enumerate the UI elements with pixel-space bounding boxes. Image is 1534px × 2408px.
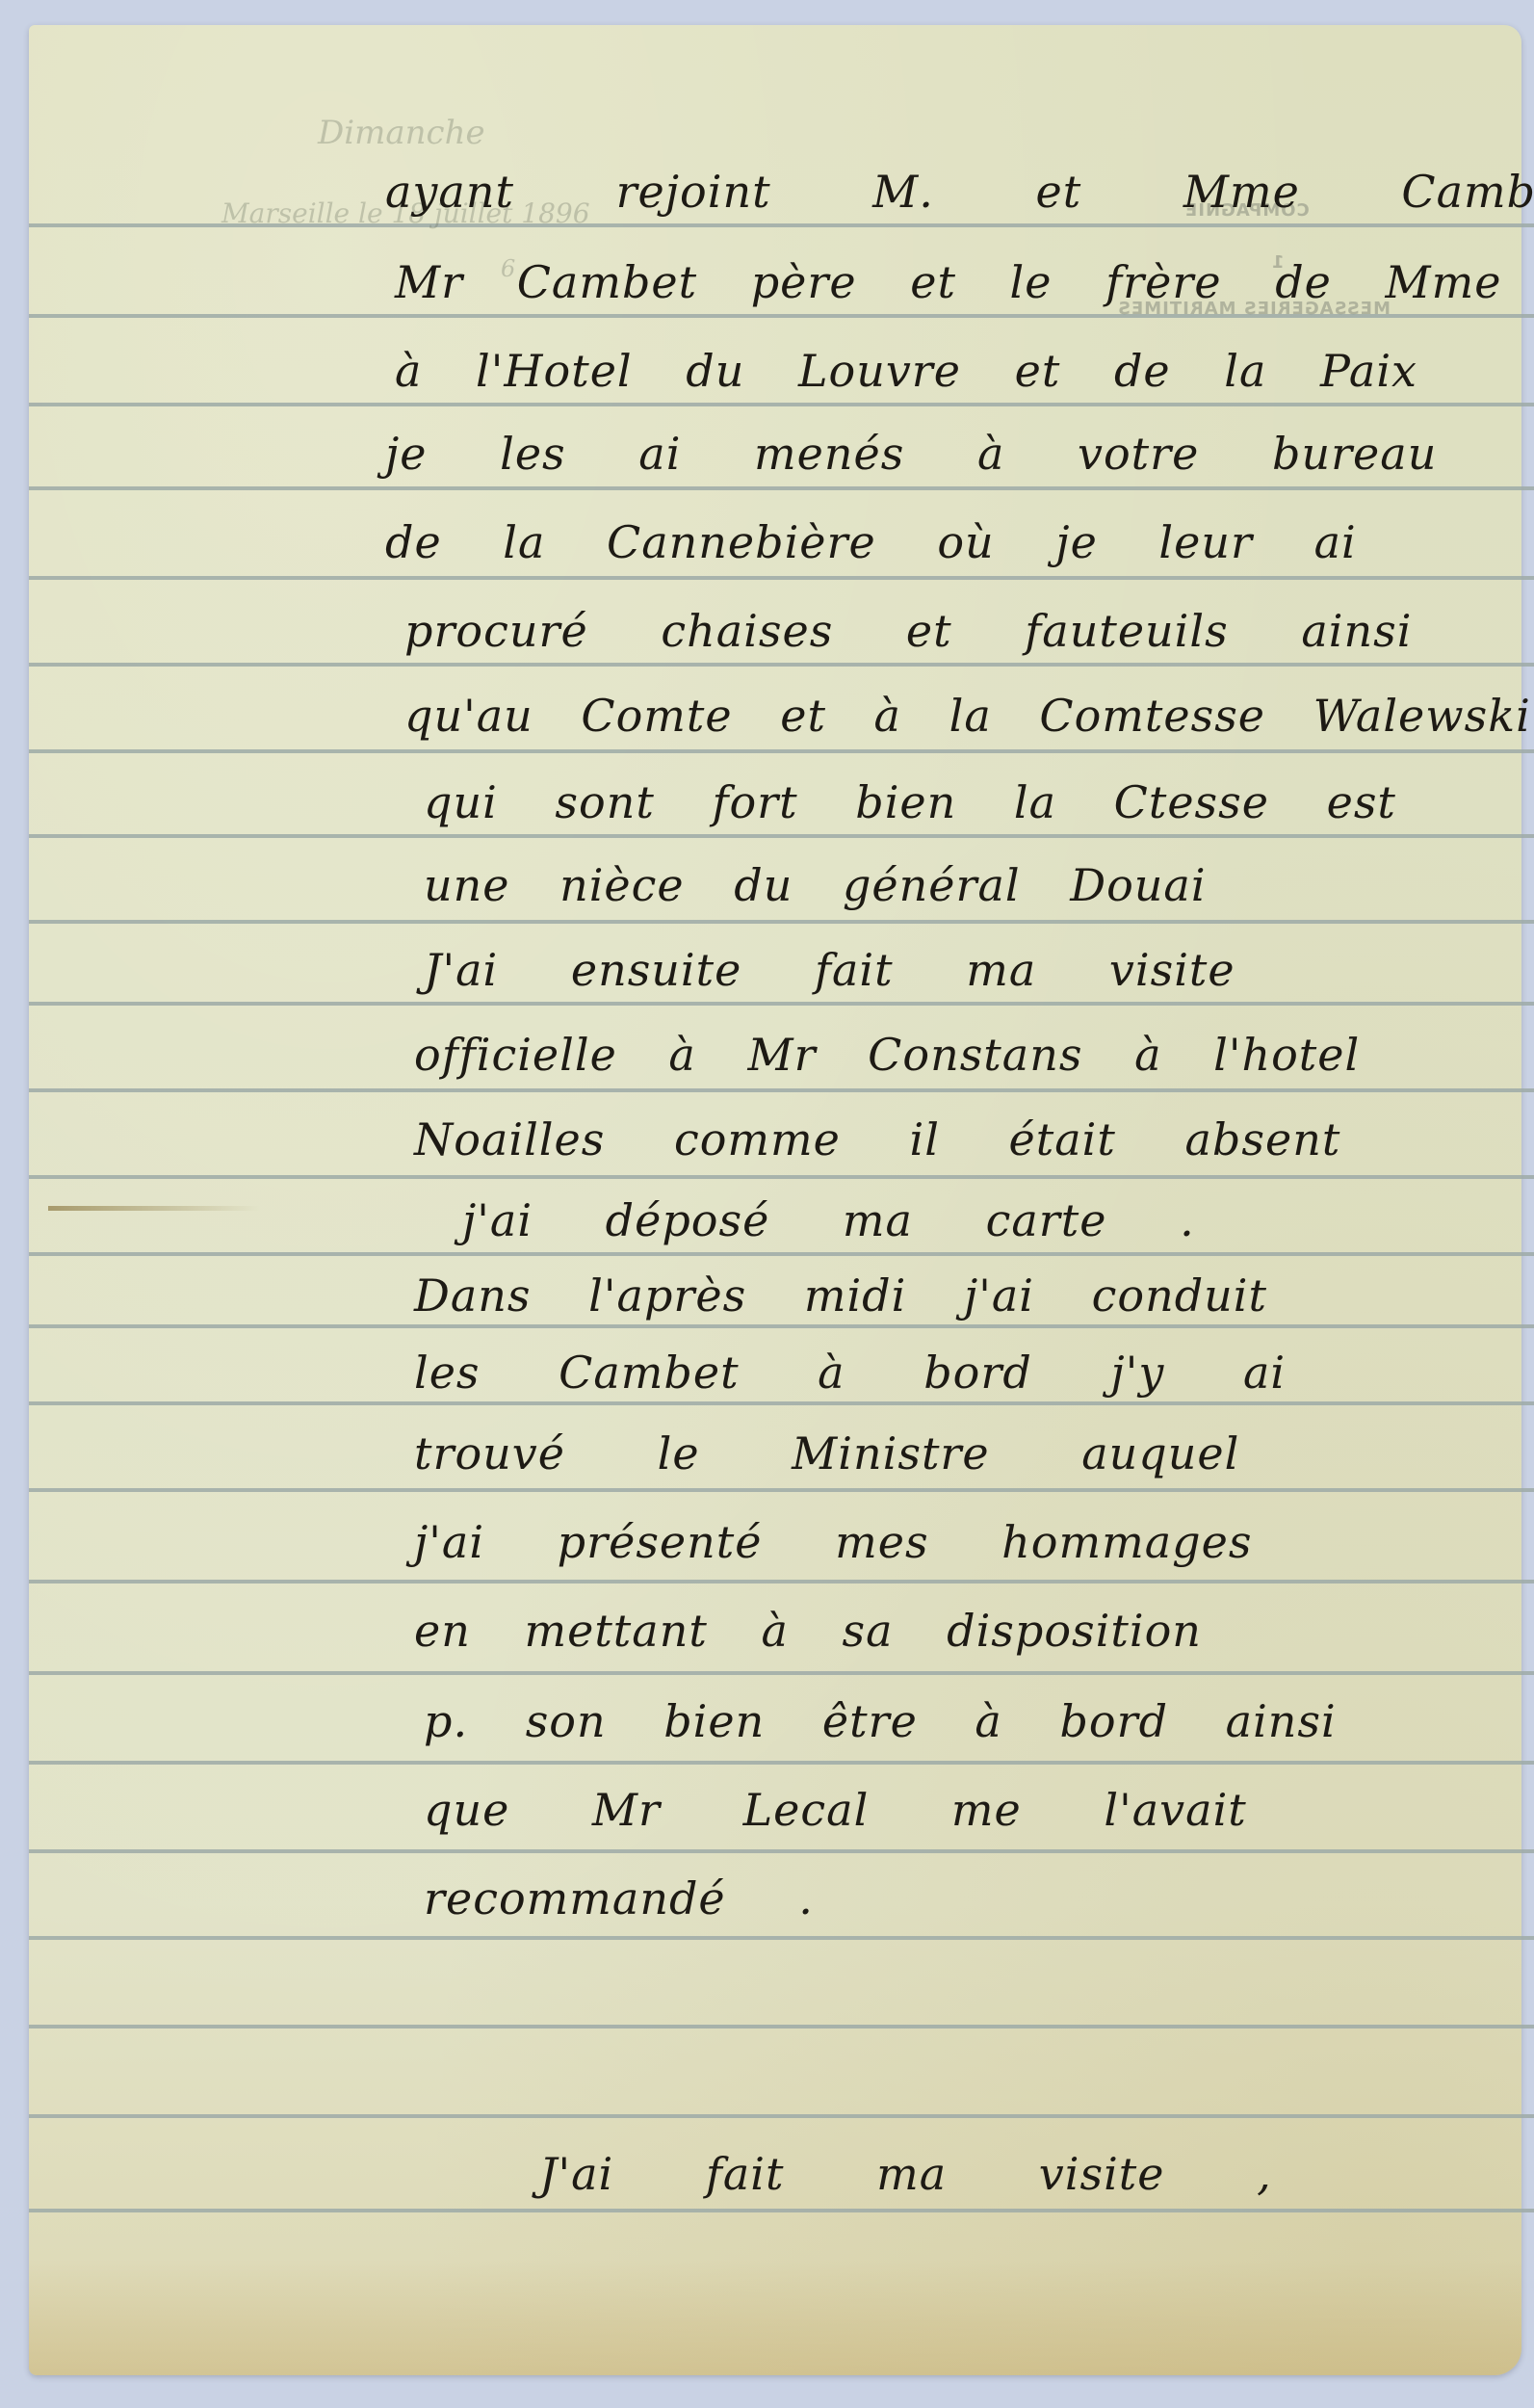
ruled-line	[29, 920, 1534, 924]
handwritten-line: j'ai présenté mes hommages	[414, 1516, 1252, 1568]
ruled-line	[29, 1936, 1534, 1940]
handwritten-line: qui sont fort bien la Ctesse est	[424, 776, 1396, 828]
handwritten-line: ayant rejoint M. et Mme Cambet	[385, 166, 1534, 218]
ruled-line	[29, 2025, 1534, 2028]
handwritten-line: officielle à Mr Constans à l'hotel	[414, 1029, 1360, 1081]
handwritten-line: les Cambet à bord j'y ai	[414, 1347, 1286, 1399]
ruled-line	[29, 403, 1534, 406]
ruled-line	[29, 1580, 1534, 1584]
ruled-line	[29, 1002, 1534, 1006]
ruled-line	[29, 2114, 1534, 2118]
handwritten-line: une nièce du général Douai	[424, 859, 1207, 911]
handwritten-line: Dans l'après midi j'ai conduit	[414, 1269, 1267, 1322]
ruled-line	[29, 486, 1534, 490]
handwritten-line: J'ai fait ma visite ,	[539, 2148, 1272, 2200]
ruled-line	[29, 576, 1534, 580]
handwritten-line: J'ai ensuite fait ma visite	[424, 944, 1235, 996]
handwritten-line: à l'Hotel du Louvre et de la Paix	[395, 345, 1417, 397]
ruled-line	[29, 1324, 1534, 1328]
handwritten-line: je les ai menés à votre bureau	[385, 428, 1437, 480]
ruled-line	[29, 1252, 1534, 1256]
handwritten-line: j'ai déposé ma carte .	[462, 1194, 1195, 1246]
ruled-line	[29, 1401, 1534, 1405]
handwritten-line: Mr Cambet père et le frère de Mme	[395, 256, 1501, 308]
handwritten-line: en mettant à sa disposition	[414, 1605, 1202, 1657]
handwritten-line: recommandé .	[424, 1872, 814, 1924]
handwritten-line: trouvé le Ministre auquel	[414, 1427, 1239, 1479]
handwritten-line: procuré chaises et fauteuils ainsi	[404, 605, 1412, 657]
handwritten-line: Noailles comme il était absent	[414, 1113, 1340, 1165]
handwritten-line: p. son bien être à bord ainsi	[424, 1695, 1337, 1747]
paper-tear	[48, 1206, 260, 1211]
handwritten-line: que Mr Lecal me l'avait	[424, 1784, 1247, 1836]
ruled-line	[29, 1761, 1534, 1765]
ruled-line	[29, 1849, 1534, 1853]
ruled-line	[29, 1671, 1534, 1675]
ruled-line	[29, 663, 1534, 667]
ruled-line	[29, 2209, 1534, 2212]
ruled-line	[29, 1088, 1534, 1092]
ruled-line	[29, 834, 1534, 838]
handwritten-line: de la Cannebière où je leur ai	[385, 516, 1357, 568]
bleed-through-day: Dimanche	[318, 114, 485, 152]
handwritten-line: qu'au Comte et à la Comtesse Walewski	[404, 690, 1531, 742]
ruled-line	[29, 749, 1534, 753]
ruled-line	[29, 1175, 1534, 1179]
ruled-line	[29, 1488, 1534, 1492]
